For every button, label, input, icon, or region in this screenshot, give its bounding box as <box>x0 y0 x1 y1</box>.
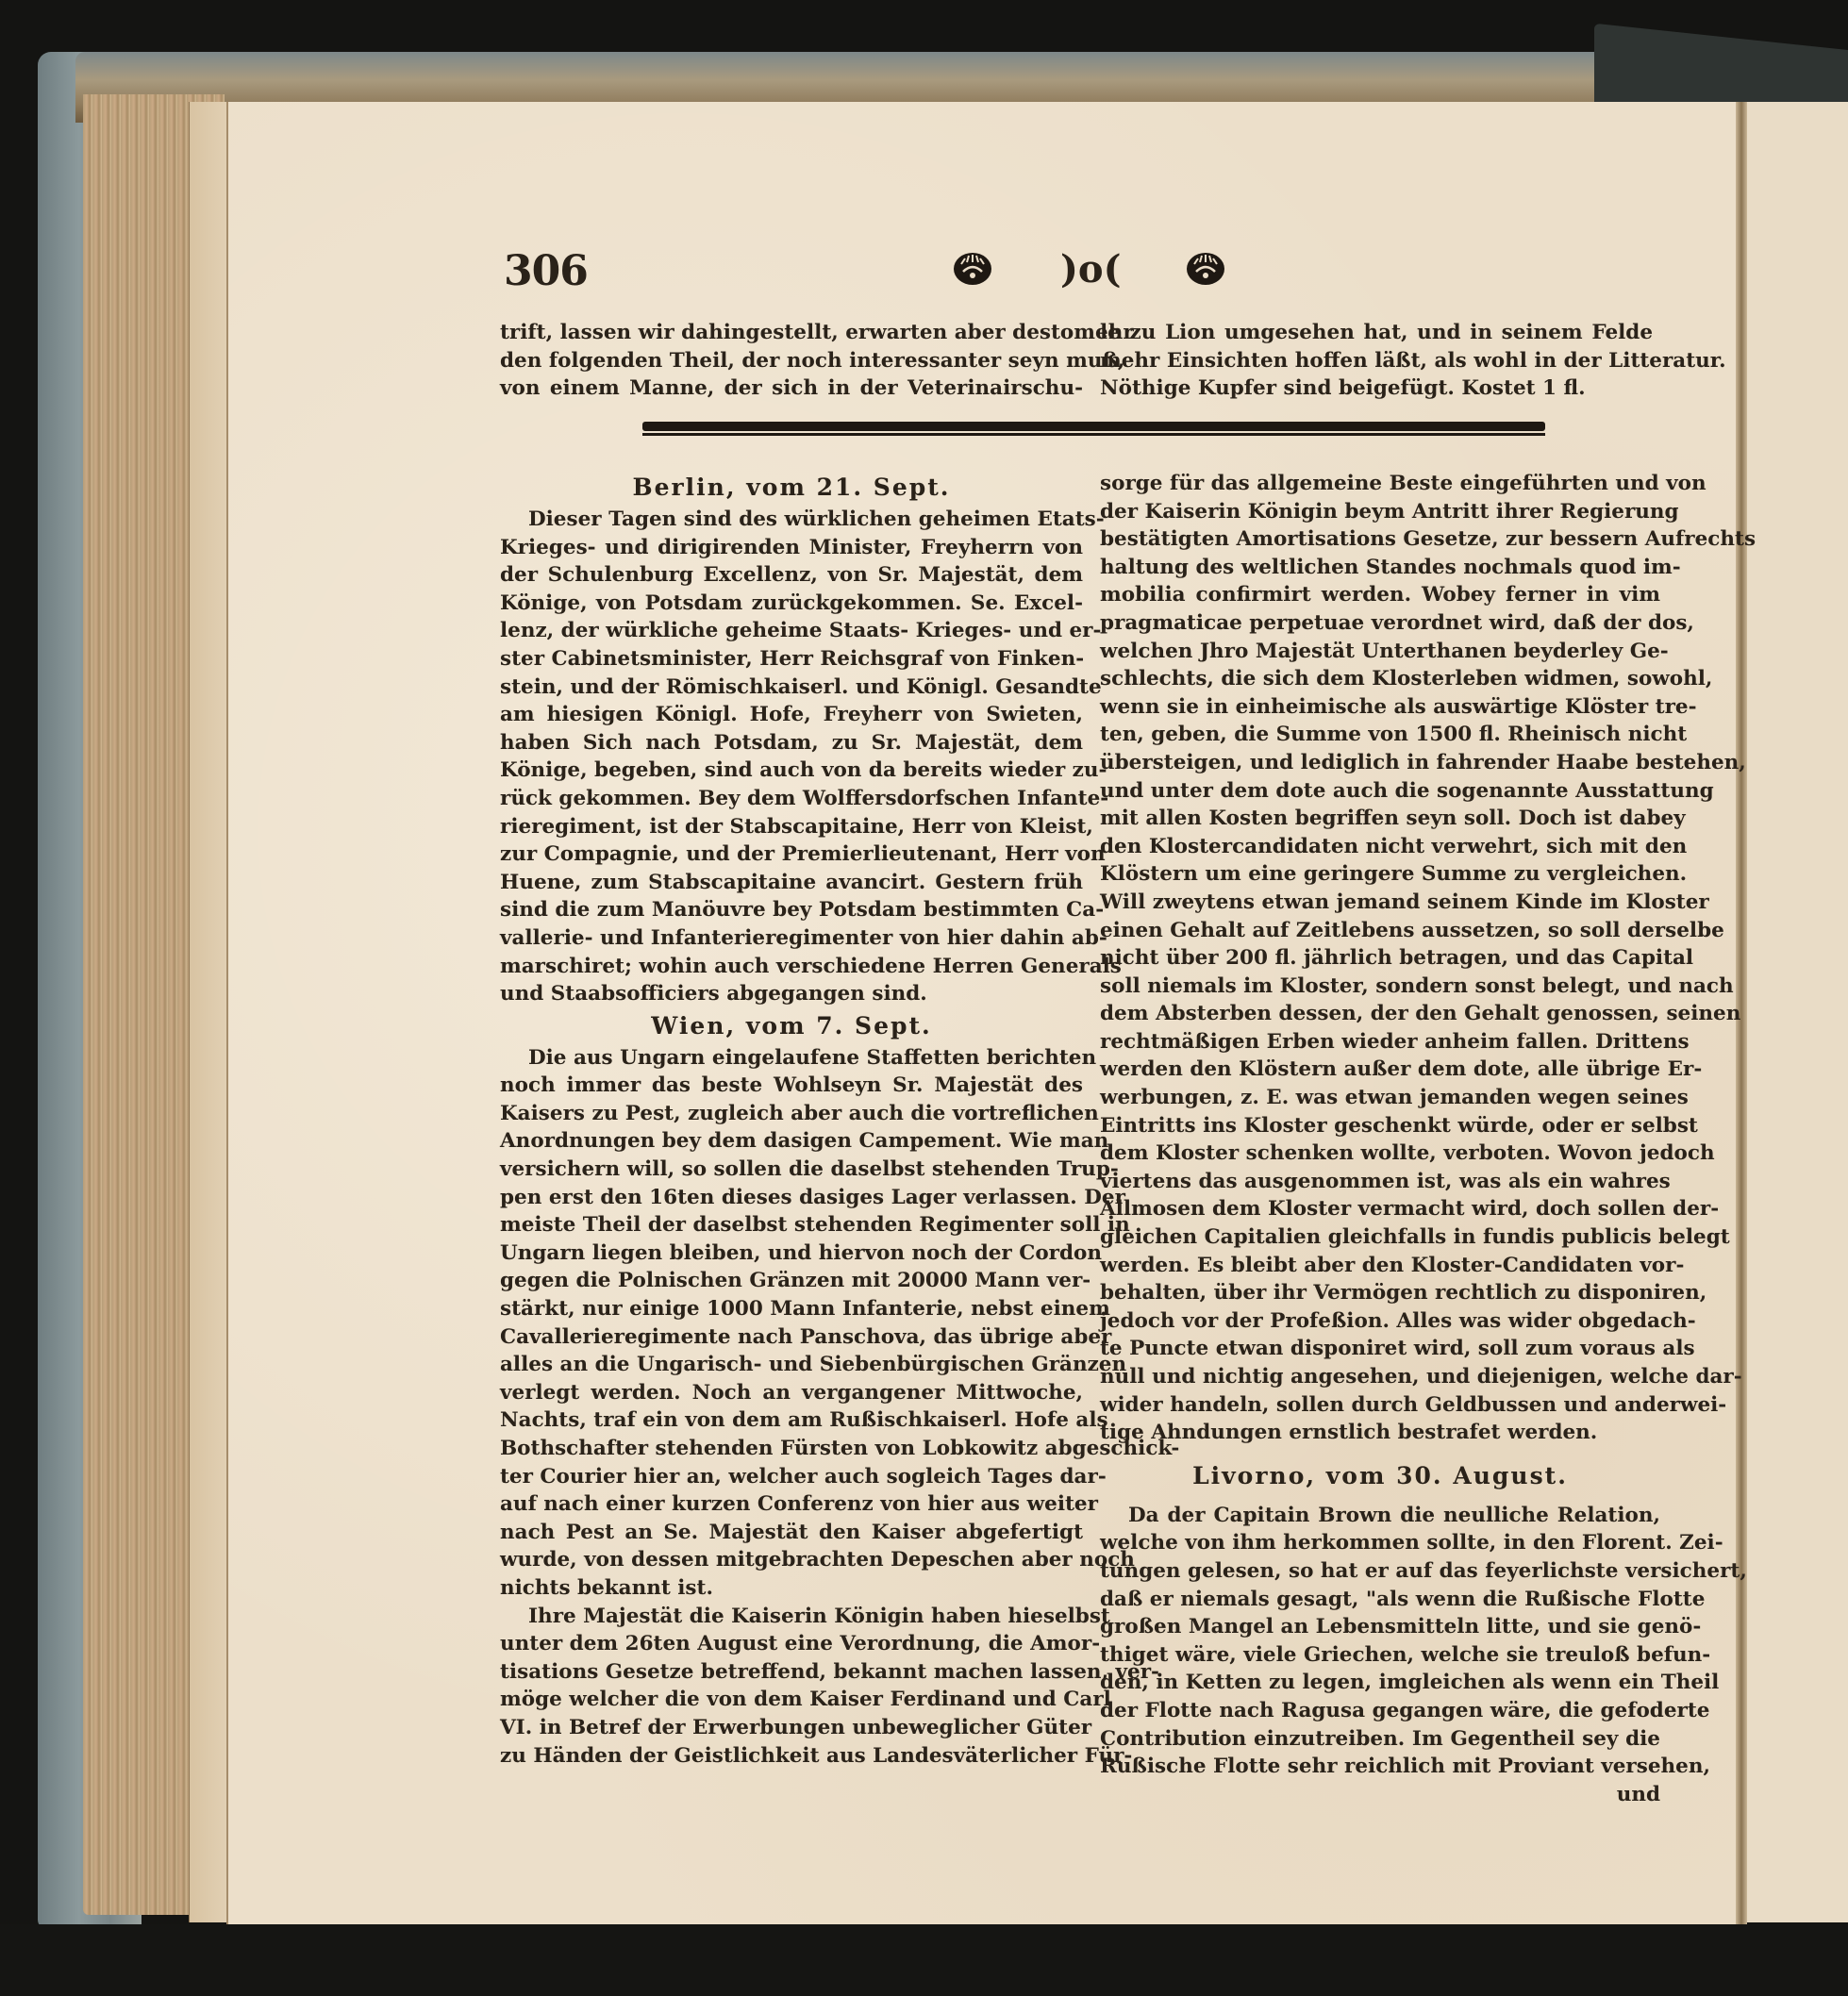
text-line: den Klostercandidaten nicht verwehrt, si… <box>1100 833 1660 861</box>
rule-thin <box>642 433 1545 436</box>
text-line: versichern will, so sollen die daselbst … <box>500 1156 1083 1184</box>
text-line: Könige, von Potsdam zurückgekommen. Se. … <box>500 590 1083 618</box>
text-line: rechtmäßigen Erben wieder anheim fallen.… <box>1100 1028 1660 1056</box>
text-line: haltung des weltlichen Standes nochmals … <box>1100 554 1660 582</box>
running-head: 306 )o( <box>504 247 1664 304</box>
text-line: welchen Jhro Majestät Unterthanen beyder… <box>1100 638 1660 666</box>
shell-ornament-icon <box>1185 251 1226 289</box>
text-line: Nachts, traf ein von dem am Rußischkaise… <box>500 1406 1083 1435</box>
text-line: zur Compagnie, und der Premierlieutenant… <box>500 840 1083 869</box>
text-line: Huene, zum Stabscapitaine avancirt. Gest… <box>500 869 1083 897</box>
text-line: werden den Klöstern außer dem dote, alle… <box>1100 1056 1660 1084</box>
text-line: den, in Ketten zu legen, imgleichen als … <box>1100 1669 1660 1697</box>
text-line: noch immer das beste Wohlseyn Sr. Majest… <box>500 1072 1083 1100</box>
text-line: marschiret; wohin auch verschiedene Herr… <box>500 953 1083 981</box>
text-line: werden. Es bleibt aber den Kloster-Candi… <box>1100 1252 1660 1280</box>
text-line: nichts bekannt ist. <box>500 1574 1083 1603</box>
text-line: te Puncte etwan disponiret wird, soll zu… <box>1100 1335 1660 1363</box>
text-line: der Flotte nach Ragusa gegangen wäre, di… <box>1100 1697 1660 1725</box>
text-line: vallerie- und Infanterieregimenter von h… <box>500 924 1083 953</box>
rule-thick <box>642 422 1545 431</box>
text-line: behalten, über ihr Vermögen rechtlich zu… <box>1100 1279 1660 1307</box>
text-line: Anordnungen bey dem dasigen Campement. W… <box>500 1127 1083 1156</box>
text-line: mobilia confirmirt werden. Wobey ferner … <box>1100 581 1660 609</box>
text-line: tige Ahndungen ernstlich bestrafet werde… <box>1100 1419 1660 1447</box>
text-line: Will zweytens etwan jemand seinem Kinde … <box>1100 889 1660 917</box>
text-line: Allmosen dem Kloster vermacht wird, doch… <box>1100 1195 1660 1223</box>
text-line: pen erst den 16ten dieses dasiges Lager … <box>500 1184 1083 1212</box>
page-number: 306 <box>504 247 588 295</box>
text-line: Könige, begeben, sind auch von da bereit… <box>500 757 1083 785</box>
text-line: tungen gelesen, so hat er auf das feyerl… <box>1100 1557 1660 1586</box>
text-line: VI. in Betref der Erwerbungen unbeweglic… <box>500 1714 1083 1742</box>
text-line: bestätigten Amortisations Gesetze, zur b… <box>1100 525 1660 554</box>
text-line: der Kaiserin Königin beym Antritt ihrer … <box>1100 498 1660 526</box>
text-line: jedoch vor der Profeßion. Alles was wide… <box>1100 1307 1660 1336</box>
text-line: Kaisers zu Pest, zugleich aber auch die … <box>500 1100 1083 1128</box>
text-line: trift, lassen wir dahingestellt, erwarte… <box>500 319 1083 347</box>
text-line: wenn sie in einheimische als auswärtige … <box>1100 693 1660 722</box>
text-line: sind die zum Manöuvre bey Potsdam bestim… <box>500 896 1083 924</box>
center-ornament: )o( <box>1060 247 1136 285</box>
article-berlin: Dieser Tagen sind des würklichen geheime… <box>500 506 1083 1008</box>
text-line: thiget wäre, viele Griechen, welche sie … <box>1100 1641 1660 1670</box>
text-line: einen Gehalt auf Zeitlebens aussetzen, s… <box>1100 917 1660 945</box>
carry-over-text-left: trift, lassen wir dahingestellt, erwarte… <box>500 319 1083 403</box>
article-livorno: Da der Capitain Brown die neulliche Rela… <box>1100 1502 1660 1809</box>
text-line: werbungen, z. E. was etwan jemanden wege… <box>1100 1084 1660 1112</box>
text-line: wider handeln, sollen durch Geldbussen u… <box>1100 1391 1660 1420</box>
right-column: sorge für das allgemeine Beste eingeführ… <box>1100 470 1660 1808</box>
text-line: rieregiment, ist der Stabscapitaine, Her… <box>500 813 1083 841</box>
dateline-livorno: Livorno, vom 30. August. <box>1100 1460 1660 1492</box>
text-line: Ihre Majestät die Kaiserin Königin haben… <box>500 1603 1083 1631</box>
text-line: schlechts, die sich dem Klosterleben wid… <box>1100 665 1660 693</box>
text-line: Ungarn liegen bleiben, und hiervon noch … <box>500 1239 1083 1268</box>
facing-page-edge <box>1747 102 1848 1922</box>
text-line: der Schulenburg Excellenz, von Sr. Majes… <box>500 561 1083 590</box>
text-line: le zu Lion umgesehen hat, und in seinem … <box>1100 319 1653 347</box>
text-line: daß er niemals gesagt, "als wenn die Ruß… <box>1100 1586 1660 1614</box>
text-line: und Staabsofficiers abgegangen sind. <box>500 980 1083 1008</box>
text-line: welche von ihm herkommen sollte, in den … <box>1100 1529 1660 1557</box>
text-line: ten, geben, die Summe von 1500 fl. Rhein… <box>1100 721 1660 749</box>
text-line: verlegt werden. Noch an vergangener Mitt… <box>500 1379 1083 1407</box>
shell-ornament-icon <box>952 251 993 289</box>
text-line: ster Cabinetsminister, Herr Reichsgraf v… <box>500 645 1083 674</box>
section-divider-rule <box>642 422 1545 439</box>
text-line: übersteigen, und lediglich in fahrender … <box>1100 749 1660 777</box>
text-line: haben Sich nach Potsdam, zu Sr. Majestät… <box>500 729 1083 757</box>
text-line: meiste Theil der daselbst stehenden Regi… <box>500 1211 1083 1239</box>
text-line: und unter dem dote auch die sogenannte A… <box>1100 777 1660 806</box>
catchword: und <box>1100 1781 1660 1809</box>
article-wien: Die aus Ungarn eingelaufene Staffetten b… <box>500 1044 1083 1770</box>
text-line: den folgenden Theil, der noch interessan… <box>500 347 1083 375</box>
text-line: großen Mangel an Lebensmitteln litte, un… <box>1100 1613 1660 1641</box>
text-line: lenz, der würkliche geheime Staats- Krie… <box>500 617 1083 645</box>
text-line: nach Pest an Se. Majestät den Kaiser abg… <box>500 1519 1083 1547</box>
text-line: null und nichtig angesehen, und diejenig… <box>1100 1363 1660 1391</box>
text-line: Contribution einzutreiben. Im Gegentheil… <box>1100 1725 1660 1754</box>
dateline-wien: Wien, vom 7. Sept. <box>500 1010 1083 1042</box>
text-line: zu Händen der Geistlichkeit aus Landesvä… <box>500 1742 1083 1771</box>
text-line: viertens das ausgenommen ist, was als ei… <box>1100 1168 1660 1196</box>
left-column: Berlin, vom 21. Sept. Dieser Tagen sind … <box>500 470 1083 1770</box>
text-line: von einem Manne, der sich in der Veterin… <box>500 374 1083 403</box>
text-line: wurde, von dessen mitgebrachten Depesche… <box>500 1546 1083 1574</box>
text-line: unter dem 26ten August eine Verordnung, … <box>500 1630 1083 1658</box>
text-line: Dieser Tagen sind des würklichen geheime… <box>500 506 1083 534</box>
text-line: möge welcher die von dem Kaiser Ferdinan… <box>500 1686 1083 1714</box>
text-line: Nöthige Kupfer sind beigefügt. Kostet 1 … <box>1100 374 1653 403</box>
text-line: mit allen Kosten begriffen seyn soll. Do… <box>1100 805 1660 833</box>
text-line: Da der Capitain Brown die neulliche Rela… <box>1100 1502 1660 1530</box>
dateline-berlin: Berlin, vom 21. Sept. <box>500 472 1083 504</box>
text-line: am hiesigen Königl. Hofe, Freyherr von S… <box>500 701 1083 729</box>
text-line: alles an die Ungarisch- und Siebenbürgis… <box>500 1351 1083 1379</box>
text-line: rück gekommen. Bey dem Wolffersdorfschen… <box>500 785 1083 813</box>
text-line: mehr Einsichten hoffen läßt, als wohl in… <box>1100 347 1653 375</box>
bottom-background <box>0 1924 1848 1996</box>
text-line: Bothschafter stehenden Fürsten von Lobko… <box>500 1435 1083 1463</box>
text-line: Die aus Ungarn eingelaufene Staffetten b… <box>500 1044 1083 1073</box>
carry-over-text-right: le zu Lion umgesehen hat, und in seinem … <box>1100 319 1653 403</box>
text-line: Eintritts ins Kloster geschenkt würde, o… <box>1100 1112 1660 1140</box>
text-line: tisations Gesetze betreffend, bekannt ma… <box>500 1658 1083 1687</box>
text-line: Cavallerieregimente nach Panschova, das … <box>500 1323 1083 1352</box>
text-line: stein, und der Römischkaiserl. und König… <box>500 674 1083 702</box>
text-line: stärkt, nur einige 1000 Mann Infanterie,… <box>500 1295 1083 1323</box>
text-line: soll niemals im Kloster, sondern sonst b… <box>1100 973 1660 1001</box>
text-line: pragmaticae perpetuae verordnet wird, da… <box>1100 609 1660 638</box>
text-line: Krieges- und dirigirenden Minister, Frey… <box>500 534 1083 562</box>
text-line: nicht über 200 fl. jährlich betragen, un… <box>1100 944 1660 973</box>
text-line: Klöstern um eine geringere Summe zu verg… <box>1100 860 1660 889</box>
text-line: auf nach einer kurzen Conferenz von hier… <box>500 1490 1083 1519</box>
text-line: sorge für das allgemeine Beste eingeführ… <box>1100 470 1660 498</box>
text-line: gegen die Polnischen Gränzen mit 20000 M… <box>500 1267 1083 1295</box>
text-line: dem Absterben dessen, der den Gehalt gen… <box>1100 1000 1660 1028</box>
article-wien-continued: sorge für das allgemeine Beste eingeführ… <box>1100 470 1660 1447</box>
text-line: ter Courier hier an, welcher auch soglei… <box>500 1463 1083 1491</box>
text-line: dem Kloster schenken wollte, verboten. W… <box>1100 1139 1660 1168</box>
text-line: gleichen Capitalien gleichfalls in fundi… <box>1100 1223 1660 1252</box>
text-line: Rußische Flotte sehr reichlich mit Provi… <box>1100 1753 1660 1781</box>
